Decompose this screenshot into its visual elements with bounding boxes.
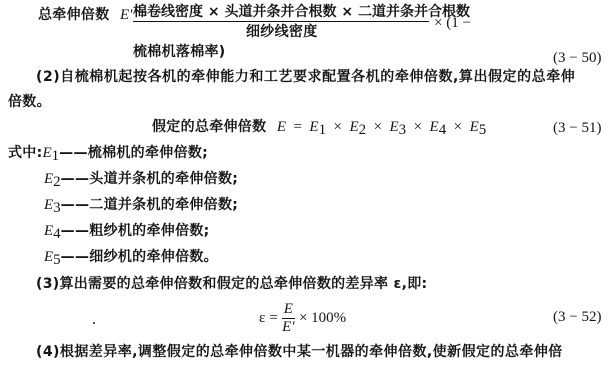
eq-3-52-denominator: E′ xyxy=(282,319,294,335)
where-desc: ——细纱机的牵伸倍数。 xyxy=(61,249,218,265)
where-symbol: E xyxy=(44,171,53,187)
eq-3-50-lhs-label: 总牵伸倍数 xyxy=(38,7,110,23)
times-operator: × xyxy=(414,119,422,135)
where-desc: ——梳棉机的牵伸倍数; xyxy=(59,145,208,161)
eq-3-52-fraction: E E′ xyxy=(282,302,295,335)
where-prefix: 式中: xyxy=(8,145,43,161)
eq-3-51-factor-5: E xyxy=(470,119,479,135)
step-4-text: (4)根据差异率,调整假定的总牵伸倍数中某一机器的牵伸倍数,使新假定的总牵伸倍 xyxy=(36,345,563,359)
eq-3-52-equals: = xyxy=(269,311,277,326)
times-operator: × xyxy=(374,119,382,135)
where-desc: ——粗纱机的牵伸倍数; xyxy=(61,223,210,239)
eq-3-52-number: (3 − 52) xyxy=(553,310,601,325)
where-subscript: 3 xyxy=(53,200,61,216)
where-symbol: E xyxy=(43,145,52,161)
eq-3-51-sub-3: 3 xyxy=(399,122,407,138)
eq-3-50-continuation: 梳棉机落棉率) xyxy=(133,45,226,59)
eq-3-50-denominator: 细纱线密度 xyxy=(246,25,318,39)
eq-3-51-sub-4: 4 xyxy=(439,122,447,138)
where-symbol: E xyxy=(44,249,53,265)
step-2-line-2: 倍数。 xyxy=(8,95,51,109)
eq-3-51-sub-5: 5 xyxy=(479,122,487,138)
times-operator: × xyxy=(454,119,462,135)
where-item-4: E4——粗纱机的牵伸倍数; xyxy=(44,224,210,239)
where-item-2: E2——头道并条机的牵伸倍数; xyxy=(44,172,238,187)
eq-3-51-factor-1: E xyxy=(309,119,318,135)
where-symbol: E xyxy=(44,197,53,213)
eq-3-51-symbol: E xyxy=(277,119,286,135)
step-3-text: (3)算出需要的总牵伸倍数和假定的总牵伸倍数的差异率 ε,即: xyxy=(36,277,427,291)
where-symbol: E xyxy=(44,223,53,239)
where-desc: ——头道并条机的牵伸倍数; xyxy=(61,171,239,187)
where-subscript: 4 xyxy=(53,226,61,242)
eq-3-50-number: (3 − 50) xyxy=(553,51,601,66)
equation-3-52: ε = E E′ × 100% xyxy=(259,302,346,335)
where-item-5: E5——细纱机的牵伸倍数。 xyxy=(44,250,218,265)
eq-3-50-numerator: 棉卷线密度 × 头道并条并合根数 × 二道并条并合根数 xyxy=(133,5,429,22)
eq-3-52-numerator: E xyxy=(282,302,295,319)
eq-3-52-lhs: ε xyxy=(259,311,265,326)
where-item-1: 式中:E1——梳棉机的牵伸倍数; xyxy=(8,146,208,161)
eq-3-51-equals: = xyxy=(293,119,301,135)
stray-dot-mark xyxy=(93,322,95,324)
times-operator: × xyxy=(334,119,342,135)
step-2-line-1: (2)自梳棉机起按各机的牵伸能力和工艺要求配置各机的牵伸倍数,算出假定的总牵伸 xyxy=(36,70,575,84)
where-desc: ——二道并条机的牵伸倍数; xyxy=(61,197,239,213)
eq-3-51-sub-1: 1 xyxy=(319,122,327,138)
eq-3-51-factor-2: E xyxy=(349,119,358,135)
eq-3-52-tail: × 100% xyxy=(299,311,346,326)
where-subscript: 2 xyxy=(53,174,61,190)
eq-3-50-lhs-symbol: E′ xyxy=(120,7,132,23)
equation-3-51: 假定的总牵伸倍数 E = E1 × E2 × E3 × E4 × E5 xyxy=(152,120,486,135)
eq-3-50-tail: × (1 − xyxy=(434,16,471,31)
eq-3-51-factor-4: E xyxy=(430,119,439,135)
eq-3-51-factor-3: E xyxy=(390,119,399,135)
where-subscript: 5 xyxy=(53,252,61,268)
eq-3-51-label: 假定的总牵伸倍数 xyxy=(152,119,266,135)
eq-3-51-number: (3 − 51) xyxy=(553,121,601,136)
where-item-3: E3——二道并条机的牵伸倍数; xyxy=(44,198,238,213)
eq-3-51-sub-2: 2 xyxy=(359,122,367,138)
equation-3-50: 总牵伸倍数 E′ = xyxy=(38,8,147,23)
